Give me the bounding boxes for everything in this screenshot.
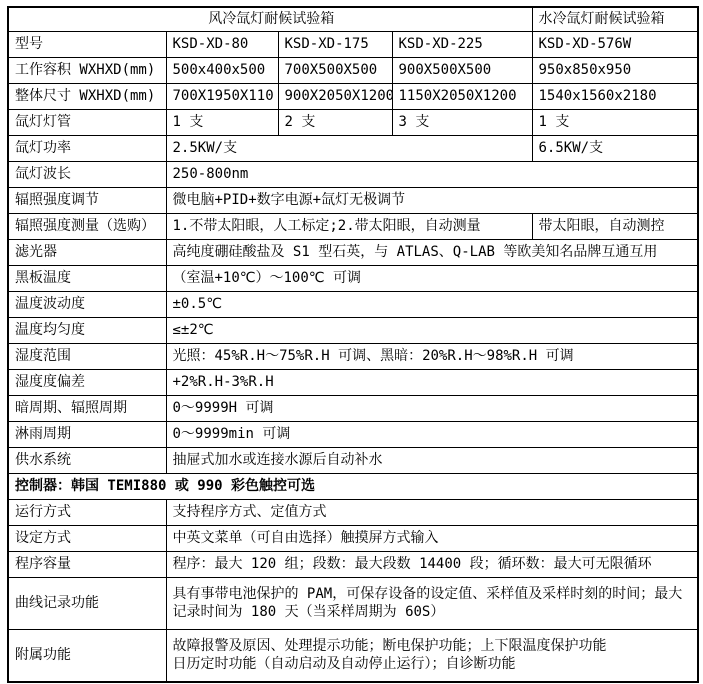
value-cell: 带太阳眼，自动测控: [532, 214, 698, 240]
row-label: 黑板温度: [8, 266, 166, 292]
value-cell: 支持程序方式、定值方式: [166, 500, 698, 526]
table-row-work-volume: 工作容积 WXHXD(mm) 500x400x500 700X500X500 9…: [8, 58, 698, 84]
spec-sheet-page: 风冷氙灯耐候试验箱 水冷氙灯耐候试验箱 型号 KSD-XD-80 KSD-XD-…: [0, 0, 703, 684]
value-cell: 0～9999min 可调: [166, 422, 698, 448]
table-row-temp-fluctuation: 温度波动度 ±0.5℃: [8, 292, 698, 318]
value-cell: 1 支: [532, 110, 698, 136]
row-label: 工作容积 WXHXD(mm): [8, 58, 166, 84]
table-row-blackboard-temp: 黑板温度 （室温+10℃）～100℃ 可调: [8, 266, 698, 292]
value-cell: 1540x1560x2180: [532, 84, 698, 110]
row-label: 氙灯波长: [8, 162, 166, 188]
table-row-curve-record: 曲线记录功能 具有事带电池保护的 PAM，可保存设备的设定值、采样值及采样时刻的…: [8, 578, 698, 630]
value-cell: 1150X2050X1200: [392, 84, 532, 110]
row-label: 氙灯灯管: [8, 110, 166, 136]
row-label: 暗周期、辐照周期: [8, 396, 166, 422]
model-cell: KSD-XD-576W: [532, 32, 698, 58]
value-cell: 900X2050X1200: [278, 84, 392, 110]
row-label: 湿度范围: [8, 344, 166, 370]
table-row-irradiance-measure: 辐照强度测量（选购） 1.不带太阳眼，人工标定;2.带太阳眼，自动测量 带太阳眼…: [8, 214, 698, 240]
value-cell: 700X1950X110: [166, 84, 278, 110]
value-cell: 高纯度硼硅酸盐及 S1 型石英，与 ATLAS、Q-LAB 等欧美知名品牌互通互…: [166, 240, 698, 266]
row-label: 供水系统: [8, 448, 166, 474]
value-cell: +2%R.H-3%R.H: [166, 370, 698, 396]
model-cell: KSD-XD-175: [278, 32, 392, 58]
value-cell: 700X500X500: [278, 58, 392, 84]
table-row-rain-cycle: 淋雨周期 0～9999min 可调: [8, 422, 698, 448]
value-cell: 微电脑+PID+数字电源+氙灯无极调节: [166, 188, 698, 214]
value-cell: （室温+10℃）～100℃ 可调: [166, 266, 698, 292]
value-cell: 1.不带太阳眼，人工标定;2.带太阳眼，自动测量: [166, 214, 532, 240]
value-cell: 故障报警及原因、处理提示功能；断电保护功能；上下限温度保护功能 日历定时功能（自…: [166, 630, 698, 683]
table-row-wavelength: 氙灯波长 250-800nm: [8, 162, 698, 188]
controller-cell: 控制器：韩国 TEMI880 或 990 彩色触控可选: [8, 474, 698, 500]
table-row-overall-size: 整体尺寸 WXHXD(mm) 700X1950X110 900X2050X120…: [8, 84, 698, 110]
value-cell: 2 支: [278, 110, 392, 136]
model-cell: KSD-XD-80: [166, 32, 278, 58]
value-cell: 程序：最大 120 组；段数：最大段数 14400 段；循环数：最大可无限循环: [166, 552, 698, 578]
value-cell: 2.5KW/支: [166, 136, 532, 162]
row-label: 型号: [8, 32, 166, 58]
row-label: 设定方式: [8, 526, 166, 552]
table-row-setting-mode: 设定方式 中英文菜单（可自由选择）触摸屏方式输入: [8, 526, 698, 552]
value-cell: 1 支: [166, 110, 278, 136]
value-cell: 中英文菜单（可自由选择）触摸屏方式输入: [166, 526, 698, 552]
model-cell: KSD-XD-225: [392, 32, 532, 58]
row-label: 运行方式: [8, 500, 166, 526]
row-label: 温度均匀度: [8, 318, 166, 344]
value-cell: 光照：45%R.H～75%R.H 可调、黑暗：20%R.H～98%R.H 可调: [166, 344, 698, 370]
value-cell: 3 支: [392, 110, 532, 136]
value-cell: 900X500X500: [392, 58, 532, 84]
table-row-controller: 控制器：韩国 TEMI880 或 990 彩色触控可选: [8, 474, 698, 500]
value-cell: 250-800nm: [166, 162, 698, 188]
row-label: 程序容量: [8, 552, 166, 578]
header-air-cooled: 风冷氙灯耐候试验箱: [8, 7, 532, 32]
value-cell: 500x400x500: [166, 58, 278, 84]
row-label: 滤光器: [8, 240, 166, 266]
table-row-temp-uniformity: 温度均匀度 ≤±2℃: [8, 318, 698, 344]
table-row-filter: 滤光器 高纯度硼硅酸盐及 S1 型石英，与 ATLAS、Q-LAB 等欧美知名品…: [8, 240, 698, 266]
value-cell: 950x850x950: [532, 58, 698, 84]
row-label: 辐照强度调节: [8, 188, 166, 214]
value-cell: ±0.5℃: [166, 292, 698, 318]
table-row-lamp-tubes: 氙灯灯管 1 支 2 支 3 支 1 支: [8, 110, 698, 136]
table-row-lamp-power: 氙灯功率 2.5KW/支 6.5KW/支: [8, 136, 698, 162]
row-label: 附属功能: [8, 630, 166, 683]
spec-table: 风冷氙灯耐候试验箱 水冷氙灯耐候试验箱 型号 KSD-XD-80 KSD-XD-…: [7, 6, 699, 683]
table-row-humidity-deviation: 湿度度偏差 +2%R.H-3%R.H: [8, 370, 698, 396]
row-label: 温度波动度: [8, 292, 166, 318]
table-row-program-capacity: 程序容量 程序：最大 120 组；段数：最大段数 14400 段；循环数：最大可…: [8, 552, 698, 578]
value-cell: ≤±2℃: [166, 318, 698, 344]
table-row-irradiance-adjust: 辐照强度调节 微电脑+PID+数字电源+氙灯无极调节: [8, 188, 698, 214]
row-label: 辐照强度测量（选购）: [8, 214, 166, 240]
value-cell: 具有事带电池保护的 PAM，可保存设备的设定值、采样值及采样时刻的时间；最大记录…: [166, 578, 698, 630]
table-row-operation-mode: 运行方式 支持程序方式、定值方式: [8, 500, 698, 526]
row-label: 曲线记录功能: [8, 578, 166, 630]
row-label: 氙灯功率: [8, 136, 166, 162]
table-row-auxiliary-functions: 附属功能 故障报警及原因、处理提示功能；断电保护功能；上下限温度保护功能 日历定…: [8, 630, 698, 683]
row-label: 整体尺寸 WXHXD(mm): [8, 84, 166, 110]
table-row-model: 型号 KSD-XD-80 KSD-XD-175 KSD-XD-225 KSD-X…: [8, 32, 698, 58]
table-row-dark-irradiation-cycle: 暗周期、辐照周期 0～9999H 可调: [8, 396, 698, 422]
table-row-humidity-range: 湿度范围 光照：45%R.H～75%R.H 可调、黑暗：20%R.H～98%R.…: [8, 344, 698, 370]
table-row-water-supply: 供水系统 抽屉式加水或连接水源后自动补水: [8, 448, 698, 474]
row-label: 湿度度偏差: [8, 370, 166, 396]
header-water-cooled: 水冷氙灯耐候试验箱: [532, 7, 698, 32]
value-cell: 6.5KW/支: [532, 136, 698, 162]
value-cell: 0～9999H 可调: [166, 396, 698, 422]
row-label: 淋雨周期: [8, 422, 166, 448]
table-header-row: 风冷氙灯耐候试验箱 水冷氙灯耐候试验箱: [8, 7, 698, 32]
value-cell: 抽屉式加水或连接水源后自动补水: [166, 448, 698, 474]
